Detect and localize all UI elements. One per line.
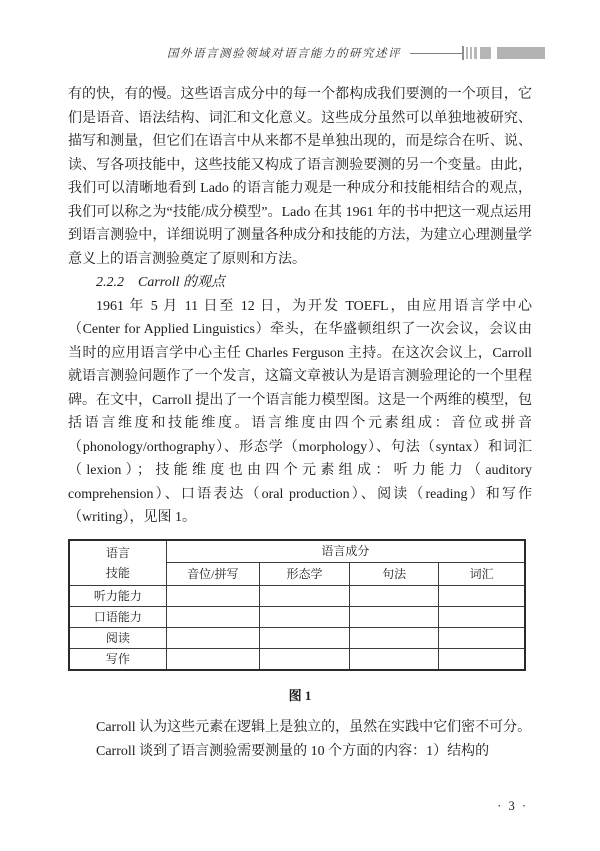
table-corner-cell: 语言 技能 [69, 540, 166, 586]
paragraph-carroll-toefl: 1961 年 5 月 11 日至 12 日，为开发 TOEFL，由应用语言学中心… [68, 295, 532, 530]
deco-thin-bar [474, 47, 477, 59]
paragraph-elements-independent: Carroll 认为这些元素在逻辑上是独立的，虽然在实践中它们密不可分。 [68, 716, 532, 740]
table-cell-empty [259, 606, 349, 627]
table-cell-empty [439, 627, 525, 648]
deco-tick-bar [462, 46, 464, 60]
paragraph-ten-aspects: Carroll 谈到了语言测验需要测量的 10 个方面的内容：1）结构的 [68, 740, 532, 764]
column-header-lexicon: 词汇 [439, 562, 525, 585]
table-cell-empty [259, 627, 349, 648]
table-row: 听力能力 [69, 585, 525, 606]
table-cell-empty [439, 648, 525, 670]
header-decoration-bars [462, 46, 545, 60]
table-cell-empty [166, 585, 259, 606]
table-cell-empty [259, 585, 349, 606]
table-row: 阅读 [69, 627, 525, 648]
running-header-title: 国外语言测验领域对语言能力的研究述评 [167, 45, 401, 61]
row-label-reading: 阅读 [69, 627, 166, 648]
row-label-speaking: 口语能力 [69, 606, 166, 627]
table-row: 写作 [69, 648, 525, 670]
table-cell-empty [259, 648, 349, 670]
column-header-morphology: 形态学 [259, 562, 349, 585]
table-row: 口语能力 [69, 606, 525, 627]
table-cell-empty [350, 606, 439, 627]
row-label-listening: 听力能力 [69, 585, 166, 606]
book-page: 国外语言测验领域对语言能力的研究述评 有的快，有的慢。这些语言成分中的每一个都构… [0, 0, 600, 851]
page-body: 有的快，有的慢。这些语言成分中的每一个都构成我们要测的一个项目，它们是语音、语法… [68, 83, 532, 763]
table-header-row-group: 语言 技能 语言成分 [69, 540, 525, 563]
table-cell-empty [350, 648, 439, 670]
running-header: 国外语言测验领域对语言能力的研究述评 [0, 44, 600, 62]
table-cell-empty [350, 627, 439, 648]
table-cell-empty [166, 627, 259, 648]
column-header-phonology: 音位/拼写 [166, 562, 259, 585]
section-heading-2-2-2: 2.2.2 Carroll 的观点 [68, 271, 532, 295]
table-group-header: 语言成分 [166, 540, 525, 563]
table-cell-empty [439, 585, 525, 606]
page-number: · 3 · [497, 799, 528, 814]
corner-label-language: 语言 [70, 543, 166, 563]
figure-caption: 图 1 [68, 684, 532, 708]
table-cell-empty [350, 585, 439, 606]
table-cell-empty [439, 606, 525, 627]
table-cell-empty [166, 648, 259, 670]
row-label-writing: 写作 [69, 648, 166, 670]
deco-small-block [480, 47, 491, 59]
paragraph-lado-continuation: 有的快，有的慢。这些语言成分中的每一个都构成我们要测的一个项目，它们是语音、语法… [68, 83, 532, 271]
deco-large-block [497, 47, 545, 59]
deco-thin-bar [466, 47, 468, 59]
column-header-syntax: 句法 [350, 562, 439, 585]
deco-thin-bar [470, 47, 472, 59]
table-cell-empty [166, 606, 259, 627]
carroll-model-table: 语言 技能 语言成分 音位/拼写 形态学 句法 词汇 听力能力 [68, 539, 526, 671]
corner-label-skill: 技能 [70, 563, 166, 583]
header-rule-line [410, 53, 462, 54]
